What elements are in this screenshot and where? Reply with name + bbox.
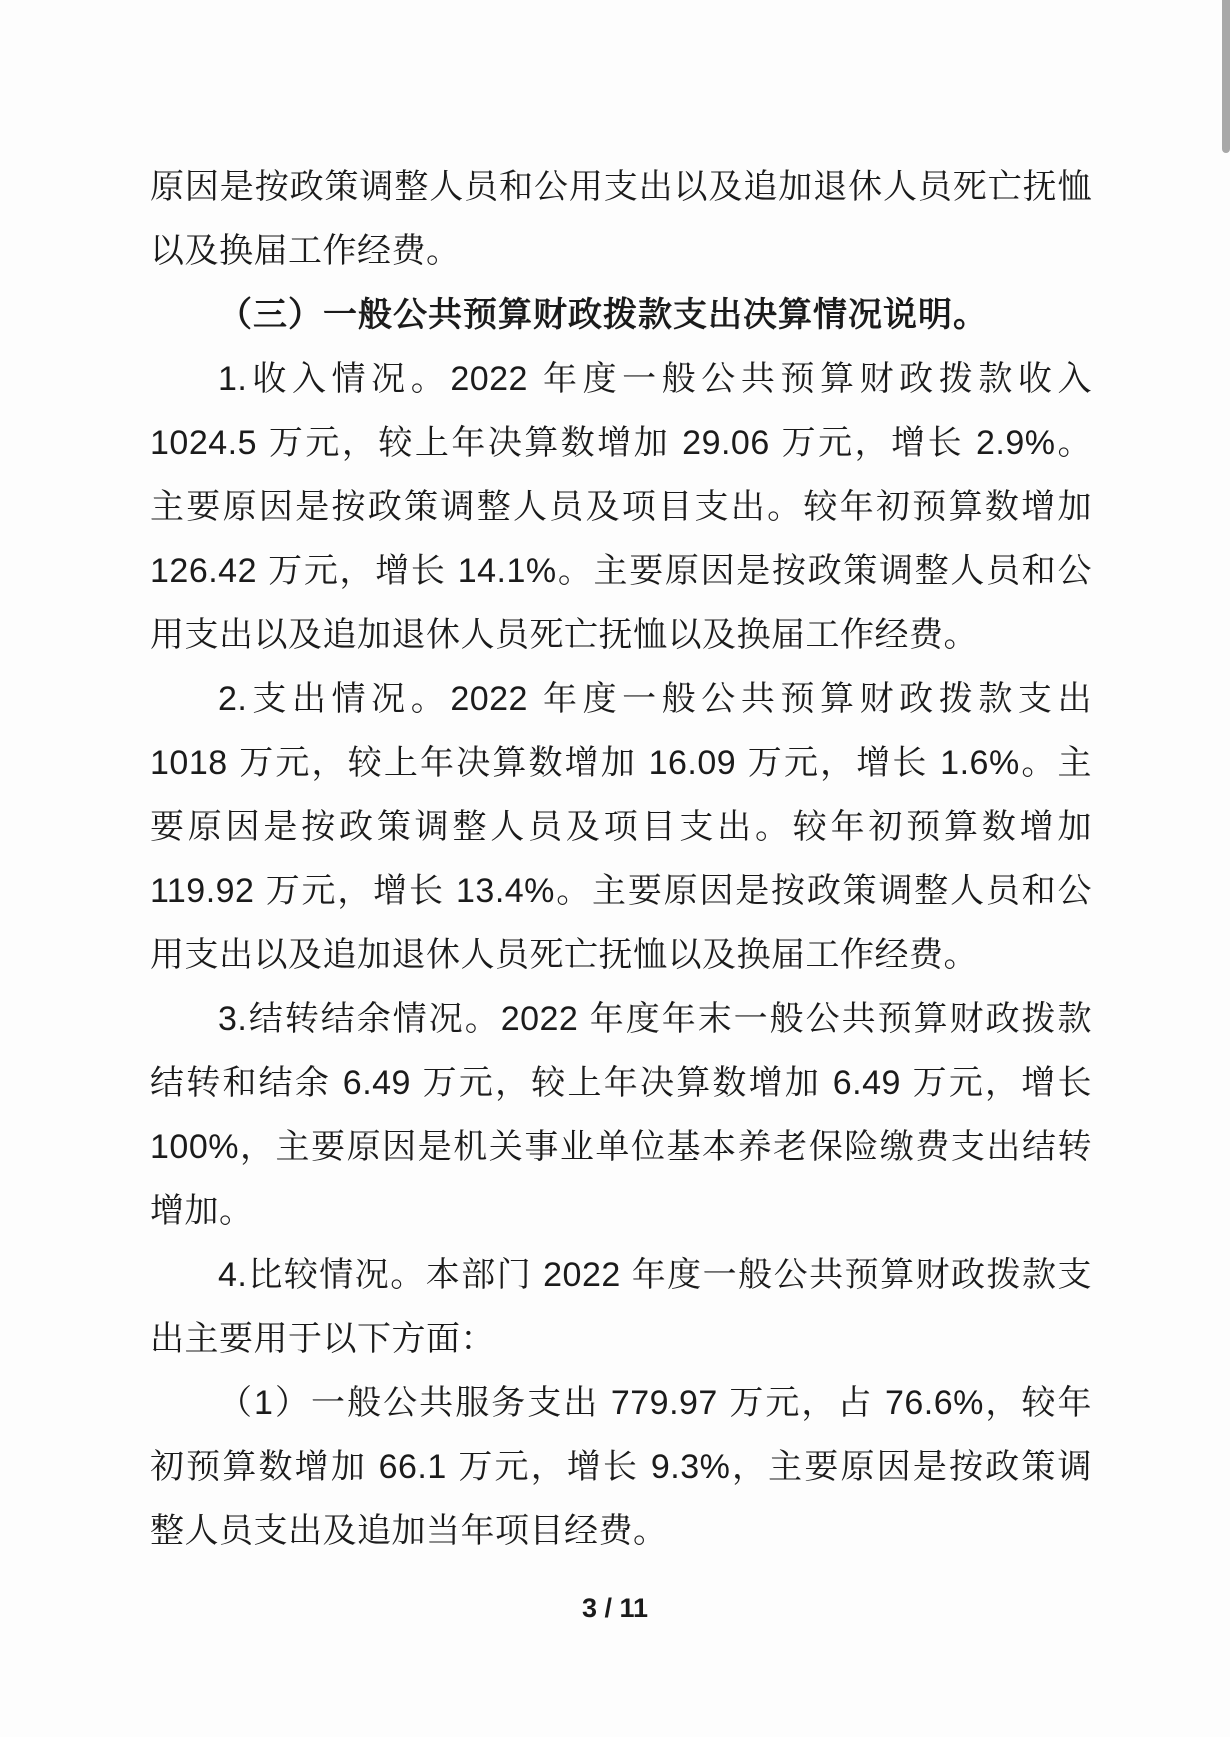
section-heading: （三）一般公共预算财政拨款支出决算情况说明。 bbox=[150, 283, 1092, 347]
page-number: 3 / 11 bbox=[0, 1588, 1230, 1628]
text-line: 2.支出情况。2022 年度一般公共预算财政拨款支出 bbox=[150, 667, 1092, 731]
text-line: 4.比较情况。本部门 2022 年度一般公共预算财政拨款支 bbox=[150, 1243, 1092, 1307]
text-line: 3.结转结余情况。2022 年度年末一般公共预算财政拨款 bbox=[150, 987, 1092, 1051]
text-line: 1.收入情况。2022 年度一般公共预算财政拨款收入 bbox=[150, 347, 1092, 411]
text-line: 以及换届工作经费。 bbox=[150, 219, 1092, 283]
document-body: 原因是按政策调整人员和公用支出以及追加退休人员死亡抚恤 以及换届工作经费。 （三… bbox=[150, 155, 1092, 1563]
text-line: 结转和结余 6.49 万元，较上年决算数增加 6.49 万元，增长 bbox=[150, 1051, 1092, 1115]
text-line: 1018 万元，较上年决算数增加 16.09 万元，增长 1.6%。主 bbox=[150, 731, 1092, 795]
scrollbar-thumb[interactable] bbox=[1222, 0, 1230, 153]
text-line: 126.42 万元，增长 14.1%。主要原因是按政策调整人员和公 bbox=[150, 539, 1092, 603]
text-line: 整人员支出及追加当年项目经费。 bbox=[150, 1499, 1092, 1563]
text-line: 要原因是按政策调整人员及项目支出。较年初预算数增加 bbox=[150, 795, 1092, 859]
text-line: （1）一般公共服务支出 779.97 万元，占 76.6%，较年 bbox=[150, 1371, 1092, 1435]
text-line: 增加。 bbox=[150, 1179, 1092, 1243]
text-line: 用支出以及追加退休人员死亡抚恤以及换届工作经费。 bbox=[150, 923, 1092, 987]
text-line: 100%，主要原因是机关事业单位基本养老保险缴费支出结转 bbox=[150, 1115, 1092, 1179]
document-page: 原因是按政策调整人员和公用支出以及追加退休人员死亡抚恤 以及换届工作经费。 （三… bbox=[0, 0, 1230, 1737]
text-line: 初预算数增加 66.1 万元，增长 9.3%，主要原因是按政策调 bbox=[150, 1435, 1092, 1499]
text-line: 119.92 万元，增长 13.4%。主要原因是按政策调整人员和公 bbox=[150, 859, 1092, 923]
text-line: 1024.5 万元，较上年决算数增加 29.06 万元，增长 2.9%。 bbox=[150, 411, 1092, 475]
text-line: 出主要用于以下方面： bbox=[150, 1307, 1092, 1371]
text-line: 主要原因是按政策调整人员及项目支出。较年初预算数增加 bbox=[150, 475, 1092, 539]
text-line: 用支出以及追加退休人员死亡抚恤以及换届工作经费。 bbox=[150, 603, 1092, 667]
text-line: 原因是按政策调整人员和公用支出以及追加退休人员死亡抚恤 bbox=[150, 155, 1092, 219]
